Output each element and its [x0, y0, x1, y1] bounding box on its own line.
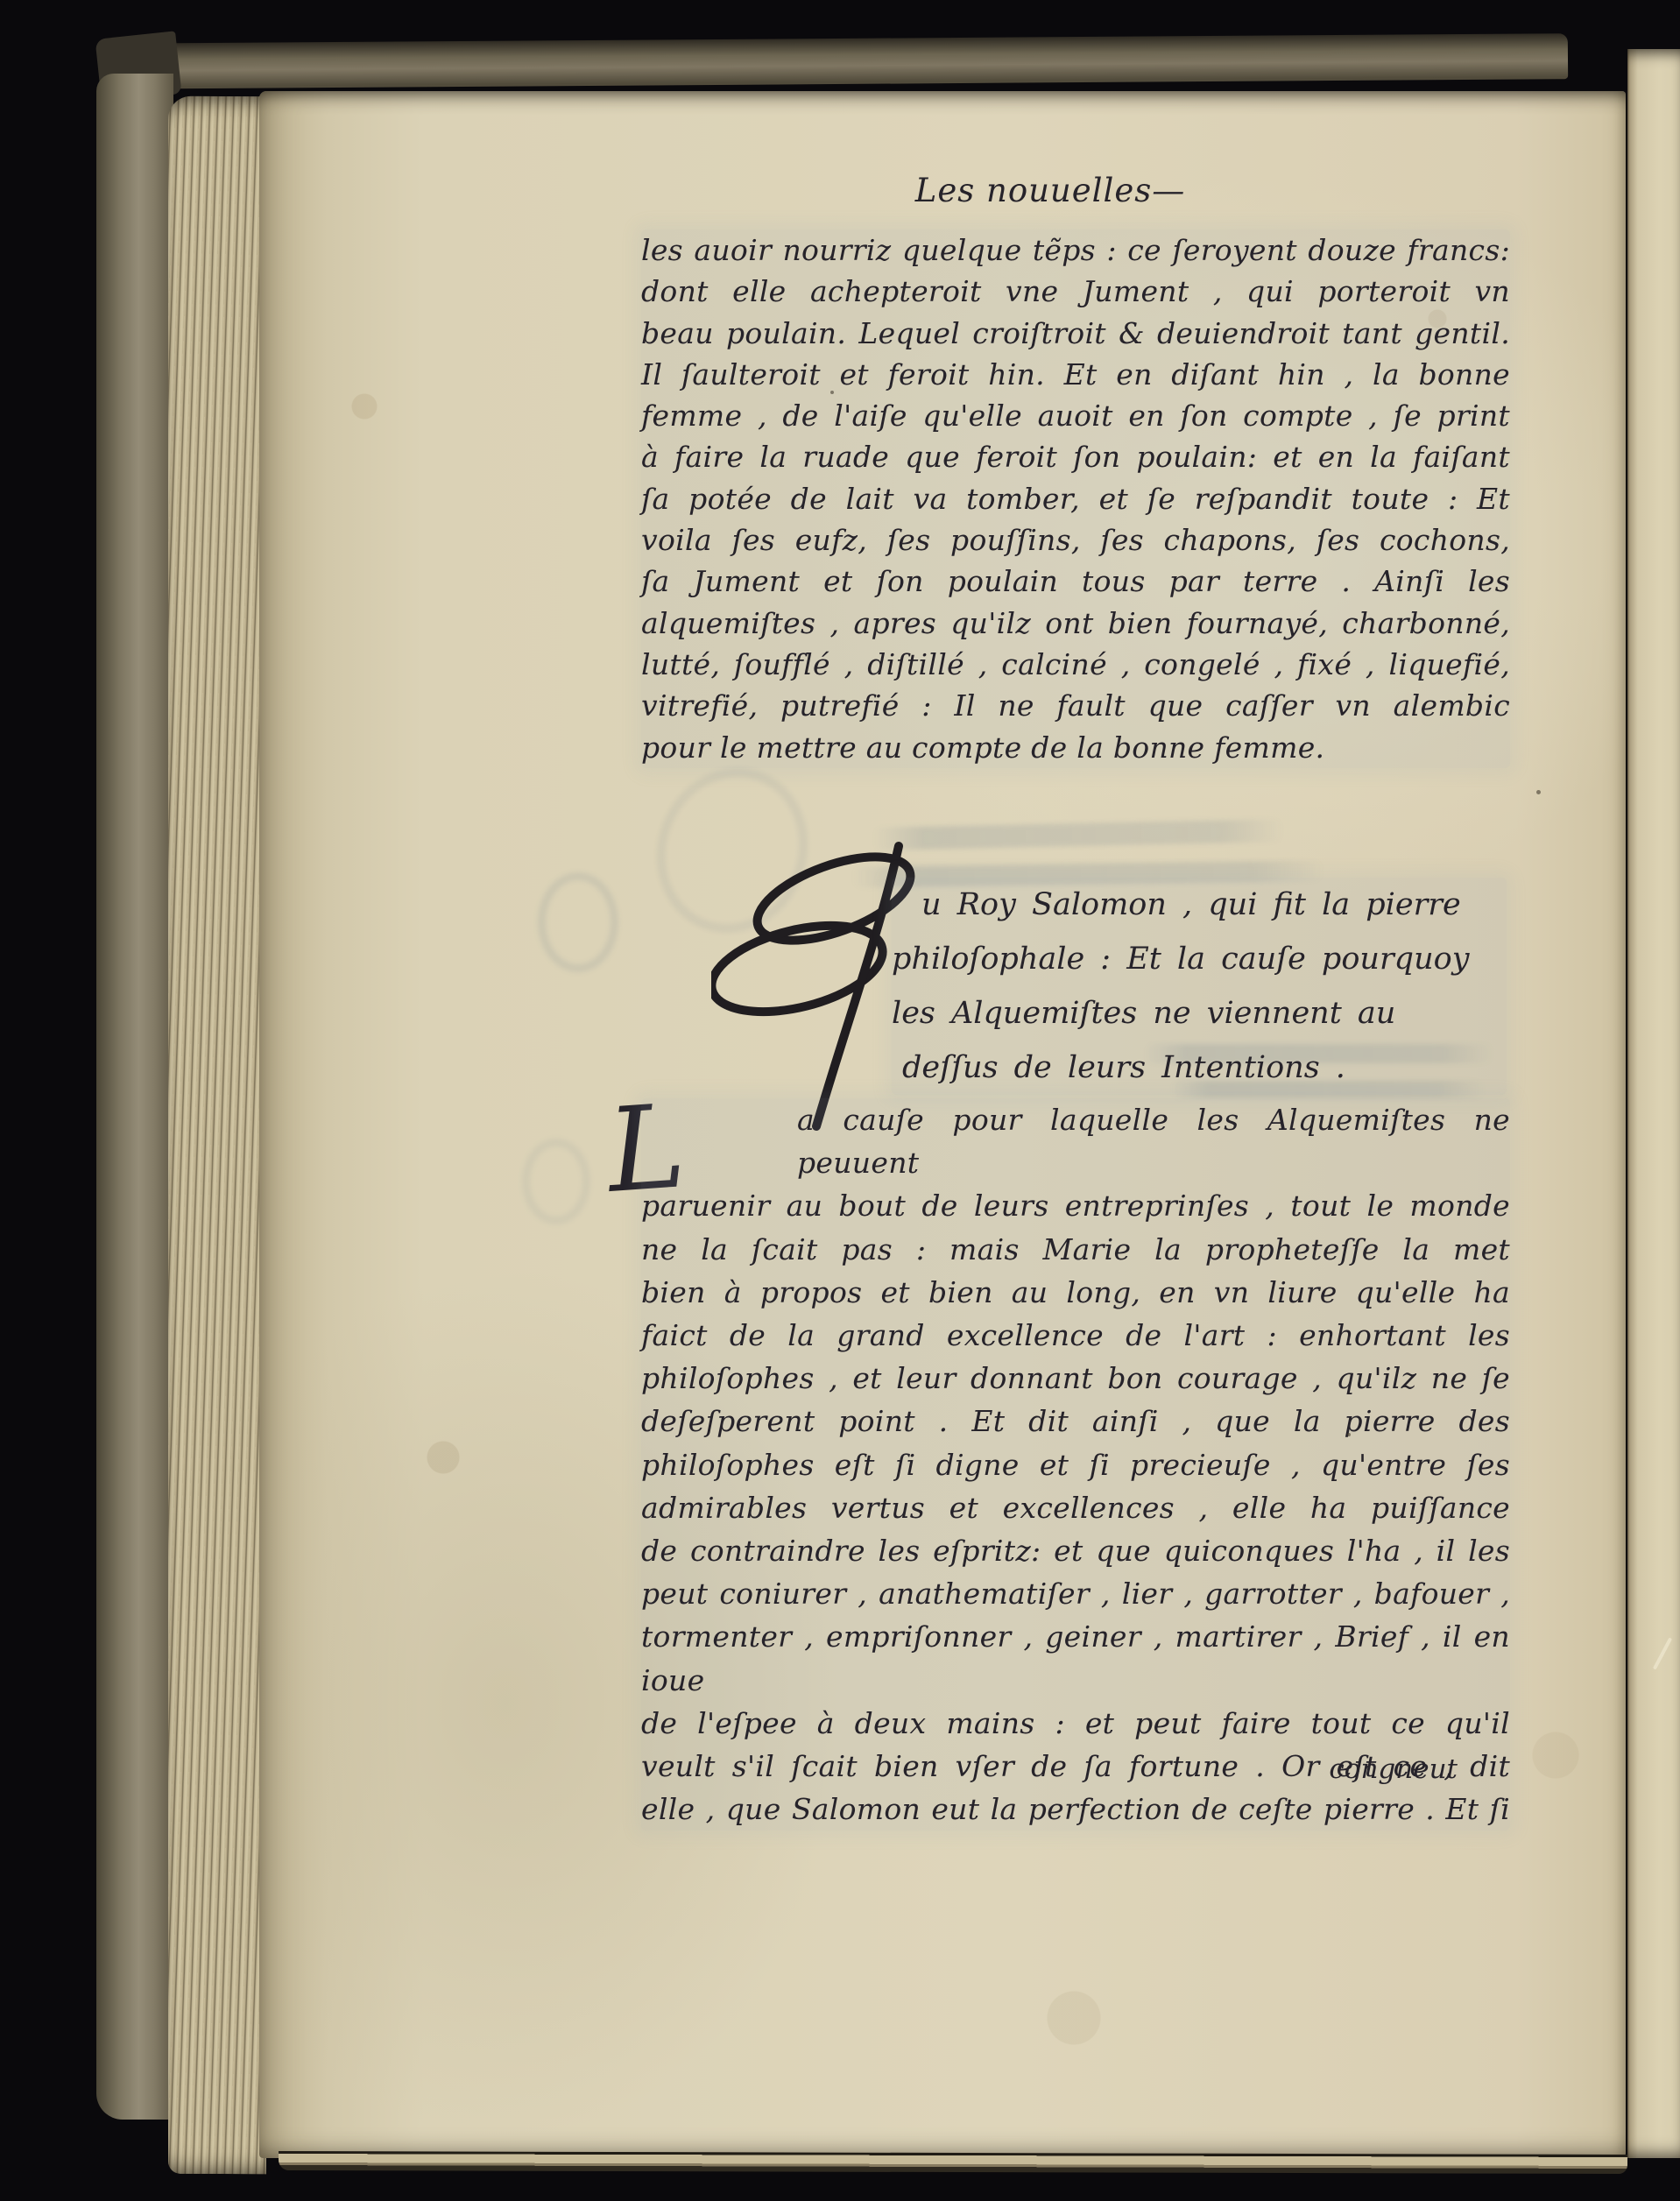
paragraph-1-line: ſa potée de lait va tomber, et ſe reſpan… — [641, 478, 1510, 519]
paragraph-1-line: lutté, ſoufflé , diſtillé , calciné , co… — [641, 644, 1510, 685]
paragraph-1-line: ſa Jument et ſon poulain tous par terre … — [641, 561, 1510, 602]
paragraph-2-line: ne la ſcait pas : mais Marie la prophete… — [641, 1228, 1510, 1271]
paragraph-2: a cauſe pour laquelle les Alquemiſtes ne… — [641, 1098, 1510, 1831]
paragraph-1-line: vitrefié, putrefié : Il ne fault que caſ… — [641, 685, 1510, 726]
paragraph-2-line: philoſophes eſt ſi digne et ſi precieuſe… — [641, 1443, 1510, 1486]
bleedthrough-flourish — [538, 872, 618, 972]
binding-top-edge — [103, 33, 1568, 89]
photo-backdrop: Les nouuelles— les auoir nourriz quelque… — [0, 0, 1680, 2201]
paragraph-2-line: de l'eſpee à deux mains : et peut faire … — [641, 1702, 1510, 1745]
heading-line: deſſus de leurs Intentions . — [892, 1041, 1507, 1095]
paragraph-1-line: les auoir nourriz quelque tẽps : ce ſero… — [641, 229, 1510, 271]
ink-speck — [830, 391, 834, 394]
running-header: Les nouuelles— — [862, 172, 1239, 209]
paragraph-2-line: deſeſperent point . Et dit ainſi , que l… — [641, 1400, 1510, 1443]
page-stack-left-edge — [168, 96, 266, 2174]
paragraph-1-line: femme , de l'aiſe qu'elle auoit en ſon c… — [641, 395, 1510, 436]
paragraph-1: les auoir nourriz quelque tẽps : ce ſero… — [641, 229, 1510, 768]
paragraph-2-line: de contraindre les eſpritz: et que quico… — [641, 1529, 1510, 1572]
paragraph-2-line: philoſophes , et leur donnant bon courag… — [641, 1357, 1510, 1400]
paragraph-1-line: alquemiſtes , apres qu'ilz ont bien four… — [641, 603, 1510, 644]
page-bottom-edge — [279, 2151, 1627, 2174]
paragraph-1-line: voila ſes eufz, ſes pouſſins, ſes chapon… — [641, 519, 1510, 561]
paragraph-2-line: faict de la grand excellence de l'art : … — [641, 1314, 1510, 1357]
ink-speck — [1347, 1433, 1351, 1436]
section-heading: u Roy Salomon , qui fit la pierre philoſ… — [892, 878, 1507, 1095]
paragraph-1-line: Il ſaulteroit et feroit hin. Et en diſan… — [641, 354, 1510, 395]
book-cover-left — [96, 74, 173, 2120]
bleedthrough-ghost — [872, 819, 1284, 850]
paragraph-1-line: pour le mettre au compte de la bonne fem… — [641, 727, 1510, 768]
paragraph-1-line: dont elle achepteroit vne Jument , qui p… — [641, 271, 1510, 312]
heading-line: philoſophale : Et la cauſe pourquoy — [892, 932, 1507, 986]
paragraph-2-line: bien à propos et bien au long, en vn liu… — [641, 1271, 1510, 1314]
heading-line: u Roy Salomon , qui fit la pierre — [892, 878, 1507, 932]
paragraph-1-line: à faire la ruade que feroit ſon poulain:… — [641, 436, 1510, 477]
paragraph-2-line: elle , que Salomon eut la perfection de … — [641, 1788, 1510, 1831]
paragraph-2-line: tormenter , empriſonner , geiner , marti… — [641, 1615, 1510, 1701]
paragraph-2-line: admirables vertus et excellences , elle … — [641, 1486, 1510, 1529]
heading-line: les Alquemiſtes ne viennent au — [892, 986, 1507, 1041]
ink-speck — [1536, 790, 1541, 794]
paragraph-2-line: a cauſe pour laquelle les Alquemiſtes ne… — [641, 1098, 1510, 1184]
paragraph-2-line: peut coniurer , anathematiſer , lier , g… — [641, 1572, 1510, 1615]
next-page-edge — [1627, 49, 1680, 2158]
paragraph-2-line: paruenir au bout de leurs entreprinſes ,… — [641, 1184, 1510, 1227]
book-page: Les nouuelles— les auoir nourriz quelque… — [259, 91, 1626, 2158]
paragraph-1-line: beau poulain. Lequel croiſtroit & deuien… — [641, 313, 1510, 354]
bleedthrough-flourish — [522, 1139, 590, 1224]
catchword: congneut — [1135, 1753, 1458, 1785]
